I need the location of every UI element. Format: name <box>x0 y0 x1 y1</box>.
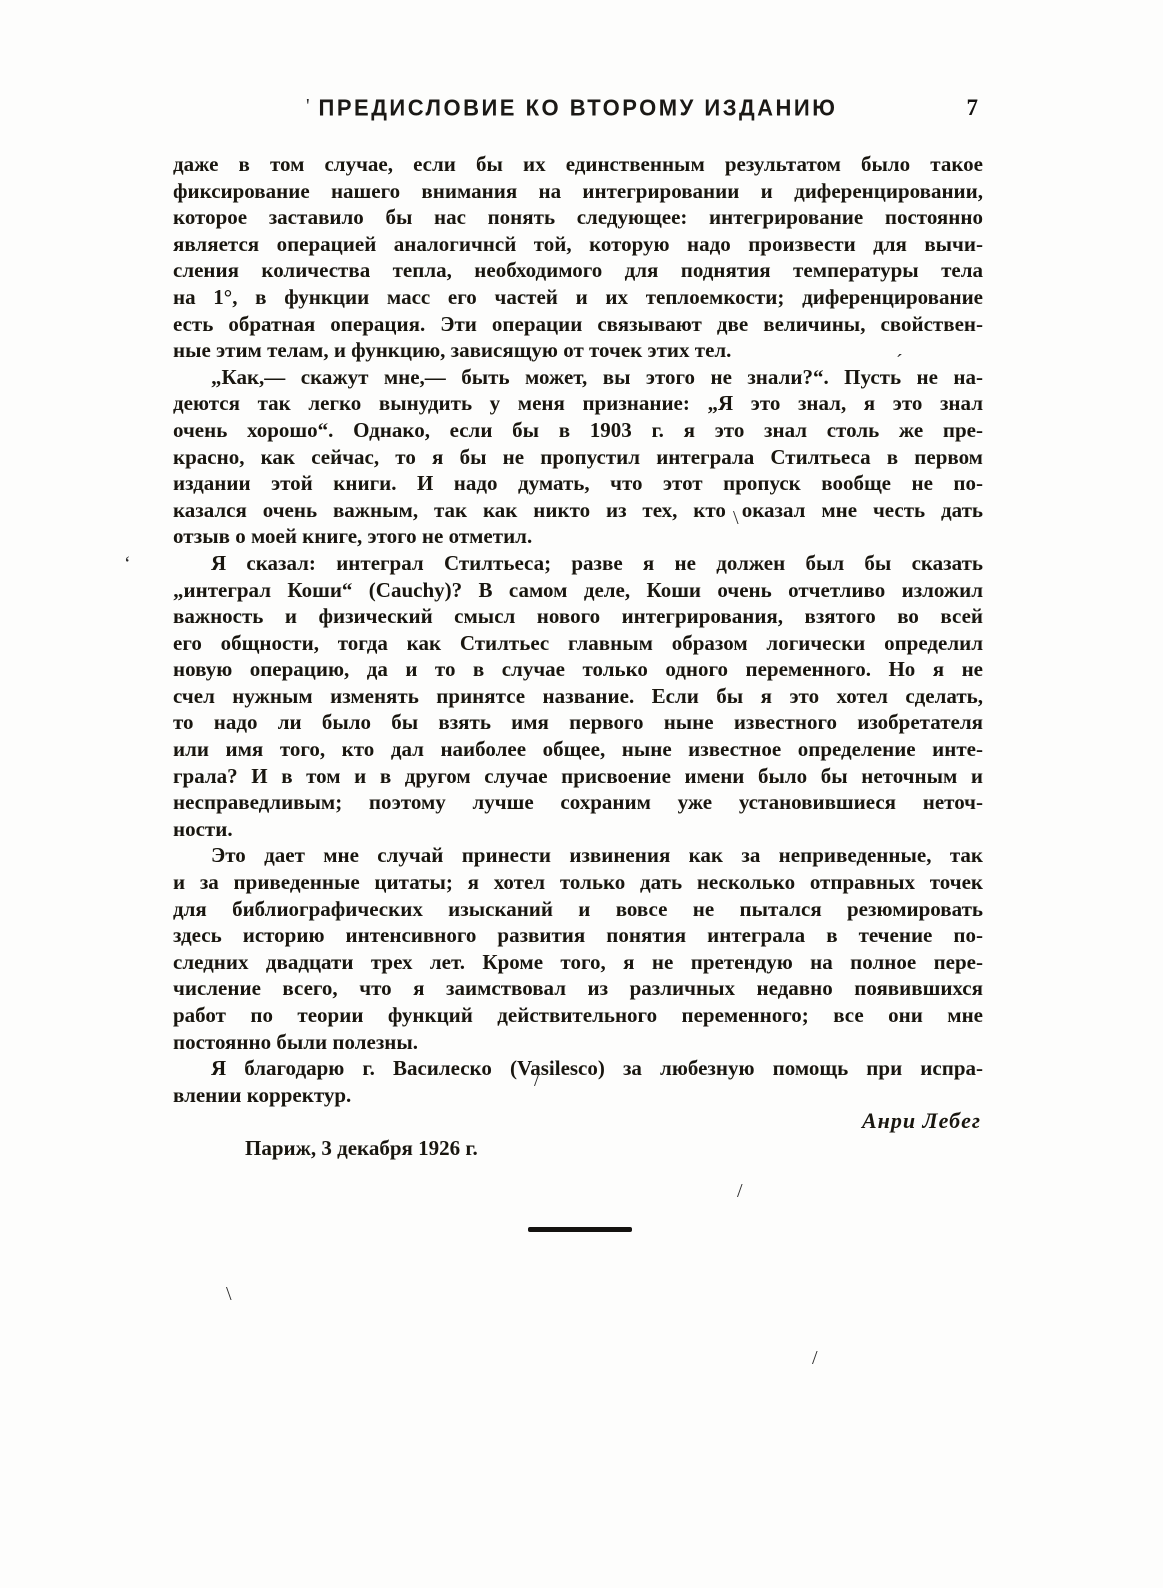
text-line: есть обратная операция. Эти операции свя… <box>173 311 983 338</box>
text-line: следних двадцати трех лет. Кроме того, я… <box>173 949 983 976</box>
text-line: деются так легко вынудить у меня признан… <box>173 390 983 417</box>
text-line: даже в том случае, если бы их единственн… <box>173 151 983 178</box>
stray-acute-mark: ´ <box>896 352 903 372</box>
text-line: является операцией аналогичнсй той, кото… <box>173 231 983 258</box>
stray-backslash-bottom: \ <box>226 1284 232 1304</box>
text-line: на 1°, в функции масс его частей и их те… <box>173 284 983 311</box>
text-line: очень хорошо“. Однако, если бы в 1903 г.… <box>173 417 983 444</box>
text-line: издании этой книги. И надо думать, что э… <box>173 470 983 497</box>
text-line: Это дает мне случай принести извинения к… <box>173 842 983 869</box>
text-line: фиксирование нашего внимания на интегрир… <box>173 178 983 205</box>
text-line: казался очень важным, так как никто из т… <box>173 497 983 524</box>
text-line: грала? И в том и в другом случае присвое… <box>173 763 983 790</box>
text-line: Я сказал: интеграл Стилтьеса; разве я не… <box>173 550 983 577</box>
text-line: сления количества тепла, необходимого дл… <box>173 257 983 284</box>
text-line: важность и физический смысл нового интег… <box>173 603 983 630</box>
text-line: для библиографических изысканий и вовсе … <box>173 896 983 923</box>
stray-comma-mark: ʻ <box>124 554 131 574</box>
text-line: влении корректур. <box>173 1082 983 1109</box>
stray-slash-vasilesco: / <box>534 1070 540 1090</box>
place-dateline: Париж, 3 декабря 1926 г. <box>173 1135 983 1162</box>
stray-slash-mid: / <box>737 1181 743 1201</box>
text-line: здесь историю интенсивного развития поня… <box>173 922 983 949</box>
page-header: ПРЕДИСЛОВИЕ КО ВТОРОМУ ИЗДАНИЮ 7 <box>173 95 983 125</box>
paragraphs: даже в том случае, если бы их единственн… <box>173 151 983 1108</box>
header-stray-apostrophe: ' <box>306 96 310 116</box>
text-line: отзыв о моей книге, этого не отметил. <box>173 523 983 550</box>
text-line: Я благодарю г. Василеско (Vasilesco) за … <box>173 1055 983 1082</box>
text-line: „Как,— скажут мне,— быть может, вы этого… <box>173 364 983 391</box>
text-line: „интеграл Коши“ (Cauchy)? В самом деле, … <box>173 577 983 604</box>
text-line: его общности, тогда как Стилтьес главным… <box>173 630 983 657</box>
stray-backslash-mark: \ <box>733 508 739 528</box>
text-line: несправедливым; поэтому лучше сохраним у… <box>173 789 983 816</box>
text-line: или имя того, кто дал наиболее общее, ны… <box>173 736 983 763</box>
body-text: даже в том случае, если бы их единственн… <box>173 151 983 1162</box>
text-line: красно, как сейчас, то я бы не пропустил… <box>173 444 983 471</box>
text-line: числение всего, что я заимствовал из раз… <box>173 975 983 1002</box>
stray-slash-bottom: / <box>812 1348 818 1368</box>
chapter-heading: ПРЕДИСЛОВИЕ КО ВТОРОМУ ИЗДАНИЮ <box>173 94 983 121</box>
text-line: ности. <box>173 816 983 843</box>
text-line: работ по теории функций действительного … <box>173 1002 983 1029</box>
text-line: счел нужным изменять принятсе название. … <box>173 683 983 710</box>
text-line: новую операцию, да и то в случае только … <box>173 656 983 683</box>
section-divider-rule <box>528 1227 632 1232</box>
text-line: и за приведенные цитаты; я хотел только … <box>173 869 983 896</box>
text-line: которое заставило бы нас понять следующе… <box>173 204 983 231</box>
page-number: 7 <box>967 95 979 121</box>
text-line: постоянно были полезны. <box>173 1029 983 1056</box>
text-line: ные этим телам, и функцию, зависящую от … <box>173 337 983 364</box>
author-signature: Анри Лебег <box>173 1108 983 1135</box>
book-page: ПРЕДИСЛОВИЕ КО ВТОРОМУ ИЗДАНИЮ 7 даже в … <box>0 0 1163 1588</box>
text-line: то надо ли было бы взять имя первого нын… <box>173 709 983 736</box>
